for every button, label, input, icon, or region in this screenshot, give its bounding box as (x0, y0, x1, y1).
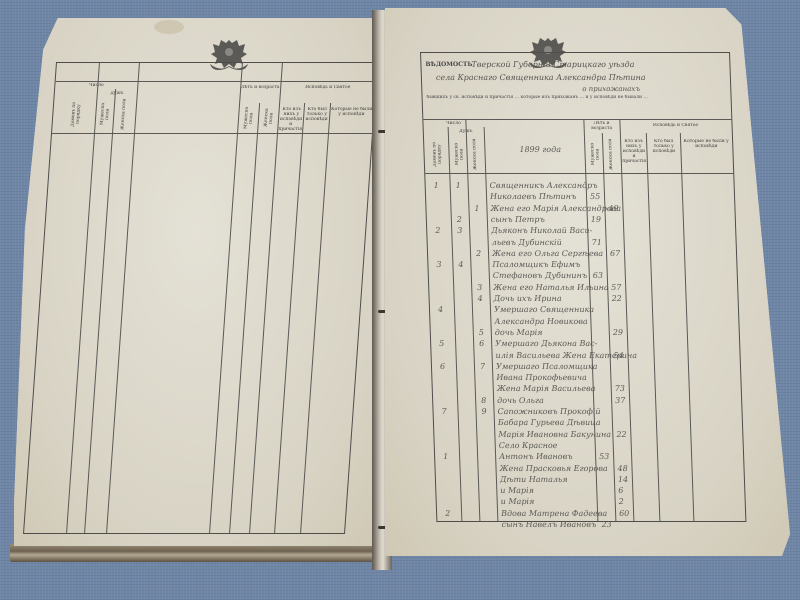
entry-male-count: 2 (457, 215, 462, 224)
entry-age-female: 57 (611, 283, 622, 292)
header-female: Женска пола (120, 97, 127, 131)
entry-age-female: 37 (615, 396, 626, 405)
entry-house-number: 4 (438, 305, 443, 314)
entry-age-female: 22 (611, 294, 622, 303)
register-title-line-3: о прихожанахъ (582, 85, 640, 93)
entry-name: Антонъ Ивановъ (499, 452, 573, 461)
entry-name: Село Красное (499, 441, 558, 450)
header-confession-3: Которые не были у исповѣди (681, 139, 731, 149)
entry-age-male: 55 (590, 192, 601, 201)
entry-name: и Марія (500, 486, 534, 495)
entry-house-number: 1 (434, 181, 439, 190)
entry-name: Умершаго Псаломщика (496, 362, 598, 371)
header-confession-2: Кто был только у исповѣди (304, 107, 330, 122)
entry-name: льевъ Дубинскій (491, 238, 561, 247)
header-age-female: Женска пола (608, 137, 614, 171)
header-age-male: Мужеска пола (243, 105, 255, 131)
entry-age-female: 54 (613, 351, 624, 360)
entry-age-female: 2 (619, 497, 624, 506)
header-age-group: Лѣтъ и возраста (583, 121, 619, 131)
binding-stitch (378, 526, 386, 529)
right-ledger-grid: ВѢДОМОСТЬ Тверской Губерніи Старицкаго у… (420, 52, 746, 522)
entry-age-female: 29 (613, 328, 624, 337)
entry-house-number: 2 (445, 509, 450, 518)
entry-name: Александра Новикова (494, 317, 588, 326)
entry-house-number: 5 (439, 339, 444, 348)
entry-female-count: 8 (481, 396, 486, 405)
header-confession-group: Исповѣдь и Святое (619, 123, 731, 128)
entry-female-count: 3 (477, 283, 482, 292)
entry-name: Жена Прасковья Егорова (499, 464, 607, 473)
entry-name: Умершаго Священника (494, 305, 594, 314)
entry-name: Николаевъ Пѣтинъ (490, 192, 577, 201)
entry-name: Ивана Прокофьевича (496, 373, 587, 382)
register-title-line-2: села Краснаго Священника Александра Пѣти… (436, 73, 646, 82)
entry-house-number: 2 (435, 226, 440, 235)
entry-name: Дочь ихъ Ирина (493, 294, 561, 303)
entry-name: Бабара Гурьева Дѣвица (498, 418, 601, 427)
header-confession-1: Кто изъ нихъ у исповѣди и причастія (621, 139, 647, 164)
entry-male-count: 4 (458, 260, 463, 269)
paper-stain (154, 20, 184, 34)
left-page: Число Душъ Домовъ по порядку Мужеска пол… (14, 18, 379, 546)
header-houses: Домовъ по порядку (432, 137, 443, 171)
entry-house-number: 6 (440, 362, 445, 371)
entry-name: Жена его Наталья Ильина (493, 283, 609, 292)
entry-name: Стефановъ Дубининъ (493, 271, 588, 280)
entry-name: Жена его Ольга Сергѣева (492, 249, 603, 258)
entry-name: Вдова Матрена Фадеева (501, 509, 607, 518)
entry-female-count: 5 (479, 328, 484, 337)
entry-name: сынъ Навелъ Ивановъ (501, 520, 596, 529)
entry-age-female: 14 (618, 475, 629, 484)
entry-female-count: 7 (480, 362, 485, 371)
entry-female-count: 9 (481, 407, 486, 416)
entry-age-male: 19 (591, 215, 602, 224)
entry-female-count: 4 (477, 294, 482, 303)
entry-name: Марія Ивановна Бакунина (498, 430, 611, 439)
register-printed-instructions: бывшихъ у св. исповѣди и причастія ... к… (427, 95, 727, 101)
entry-name: Священникъ Александръ (490, 181, 598, 190)
entry-house-number: 1 (443, 452, 448, 461)
header-confession-3: Которые не были у исповѣди (330, 107, 373, 117)
header-confession-1: Кто изъ нихъ у исповѣди и причастія (278, 107, 304, 132)
header-chislo: Число (55, 83, 137, 88)
left-ledger-grid: Число Душъ Домовъ по порядку Мужеска пол… (23, 62, 378, 534)
entry-house-number: 3 (436, 260, 441, 269)
entry-age-female: 22 (616, 430, 627, 439)
entry-name: Умершаго Дьякона Вас- (495, 339, 598, 348)
entry-age-male: 53 (599, 452, 610, 461)
open-register-book: Число Душъ Домовъ по порядку Мужеска пол… (0, 0, 800, 600)
entry-name: Дѣти Наталья (500, 475, 568, 484)
entry-age-female: 67 (610, 249, 621, 258)
header-chislo: Число (423, 121, 483, 126)
entry-female-count: 1 (474, 204, 479, 213)
entry-name: Псаломщикъ Ефимъ (492, 260, 580, 269)
entry-name: и Марія (501, 497, 535, 506)
header-confession-group: Исповѣдь и Святое (280, 85, 375, 90)
header-confession-2: Кто был только у исповѣди (647, 139, 681, 154)
header-age-male: Мужеска пола (590, 137, 601, 171)
entry-age-female: 60 (619, 509, 630, 518)
binding-stitch (378, 310, 386, 313)
header-dush: Душъ (448, 129, 484, 134)
header-dush: Душъ (97, 91, 137, 96)
entry-name: Дьяконъ Николай Васи- (491, 226, 592, 235)
header-age-group: Лѣтъ и возраста (240, 85, 280, 90)
entry-male-count: 1 (456, 181, 461, 190)
register-year: 1899 года (519, 145, 561, 154)
header-female: Женска пола (472, 137, 478, 171)
entry-age-male: 23 (601, 520, 612, 529)
entry-female-count: 6 (479, 339, 484, 348)
entry-name: Сапожниковъ Прокофій (497, 407, 600, 416)
register-title-label: ВѢДОМОСТЬ (425, 61, 472, 68)
entry-age-female: 48 (617, 464, 628, 473)
binding-stitch (378, 130, 386, 133)
header-male: Мужеска пола (454, 137, 465, 171)
right-page: ВѢДОМОСТЬ Тверской Губерніи Старицкаго у… (385, 8, 790, 556)
entry-age-female: 49 (608, 204, 619, 213)
header-age-female: Женска пола (263, 105, 275, 131)
header-male: Мужеска пола (99, 97, 111, 131)
entry-name: дочь Марія (495, 328, 543, 337)
entry-house-number: 7 (441, 407, 446, 416)
entry-name: сынъ Петръ (491, 215, 545, 224)
register-title-line-1: Тверской Губерніи Старицкаго уѣзда (471, 60, 634, 69)
entry-age-female: 6 (618, 486, 623, 495)
book-page-edges (10, 544, 375, 562)
entry-name: дочь Ольга (497, 396, 544, 405)
entry-name: Жена его Марія Александрова (490, 204, 621, 213)
entry-age-male: 71 (591, 238, 602, 247)
entry-name: Жена Марія Васильева (497, 384, 596, 393)
entry-female-count: 2 (476, 249, 481, 258)
entry-age-female: 73 (615, 384, 626, 393)
entry-age-male: 63 (593, 271, 604, 280)
header-houses: Домовъ по порядку (70, 97, 82, 131)
entry-male-count: 3 (457, 226, 462, 235)
